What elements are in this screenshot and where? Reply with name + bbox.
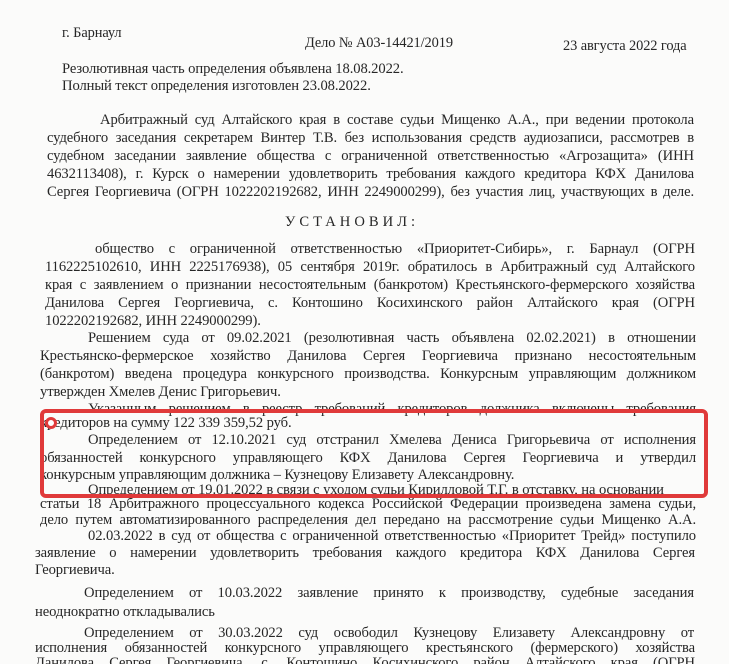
body-line: Данилова Сергея Георгиевича, с. Контошин… bbox=[45, 295, 695, 312]
body-line: кредиторов на сумму 122 339 359,52 руб. bbox=[40, 415, 292, 432]
full-text-prepared: Полный текст определения изготовлен 23.0… bbox=[62, 78, 371, 95]
intro-line: 4632113408), г. Курск о намерении удовле… bbox=[47, 166, 694, 183]
body-line: 1162225102610, ИНН 2225176938), 05 сентя… bbox=[45, 259, 695, 276]
body-line: статьи 18 Арбитражного процессуального к… bbox=[40, 496, 696, 513]
intro-line: Арбитражный суд Алтайского края в состав… bbox=[100, 112, 694, 129]
body-line: Определением от 10.03.2022 заявление при… bbox=[84, 585, 694, 602]
body-line: дело путем автоматизированного распредел… bbox=[40, 512, 696, 529]
body-line: 1022202192682, ИНН 2249000299). bbox=[45, 313, 261, 330]
body-line: утвержден Хмелев Денис Григорьевич. bbox=[40, 384, 281, 401]
body-line: общество с ограниченной ответственностью… bbox=[95, 241, 695, 258]
body-line: Определением от 12.10.2021 суд отстранил… bbox=[88, 432, 696, 449]
intro-line: судебного заседания секретарем Винтер Т.… bbox=[47, 130, 694, 147]
document-page: г. Барнаул Дело № А03-14421/2019 23 авгу… bbox=[0, 0, 729, 664]
body-line: заявление о намерении удовлетворить треб… bbox=[35, 545, 695, 562]
intro-line: судебном заседании заявление общества с … bbox=[47, 148, 694, 165]
circle-marker-icon bbox=[45, 417, 57, 429]
city: г. Барнаул bbox=[62, 25, 121, 42]
body-line: края с заявлением о признании несостояте… bbox=[45, 277, 695, 294]
body-line: (банкротом) введена процедура конкурсног… bbox=[40, 366, 696, 383]
document-date: 23 августа 2022 года bbox=[563, 38, 687, 55]
body-line: неоднократно откладывались bbox=[35, 604, 215, 621]
section-title: УСТАНОВИЛ: bbox=[285, 214, 419, 231]
body-line: Данилова Сергея Георгиевича, с. Контошин… bbox=[35, 655, 695, 664]
body-line: Крестьянско-фермерское хозяйство Данилов… bbox=[40, 348, 696, 365]
resolution-announced: Резолютивная часть определения объявлена… bbox=[62, 61, 404, 78]
intro-line: Сергея Георгиевича (ОГРН 1022202192682, … bbox=[47, 184, 694, 201]
body-line: обязанностей конкурсного управляющего КФ… bbox=[40, 450, 696, 467]
body-line: Георгиевича. bbox=[35, 562, 115, 579]
case-number: Дело № А03-14421/2019 bbox=[305, 35, 453, 52]
body-line: 02.03.2022 в суд от общества с ограничен… bbox=[88, 528, 696, 545]
body-line: Решением суда от 09.02.2021 (резолютивна… bbox=[88, 330, 696, 347]
